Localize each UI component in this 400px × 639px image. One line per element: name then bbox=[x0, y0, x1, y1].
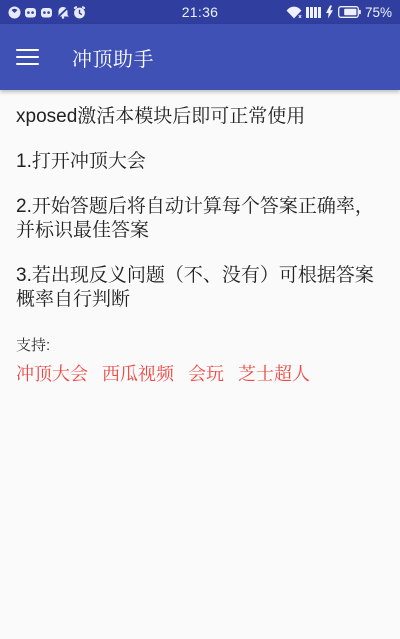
signal-bars-icon bbox=[306, 6, 321, 18]
step-2-text: 2.开始答题后将自动计算每个答案正确率，并标识最佳答案 bbox=[16, 195, 384, 243]
app-title: 冲顶助手 bbox=[72, 43, 154, 72]
link-xigua-video[interactable]: 西瓜视频 bbox=[102, 363, 174, 385]
charging-icon bbox=[325, 5, 334, 19]
supported-apps-list: 冲顶大会 西瓜视频 会玩 芝士超人 bbox=[16, 363, 384, 385]
battery-percent: 75% bbox=[365, 5, 392, 20]
wifi-icon bbox=[286, 6, 302, 19]
app-bar: 冲顶助手 bbox=[0, 24, 400, 90]
link-chongding-dahui[interactable]: 冲顶大会 bbox=[16, 363, 88, 385]
intro-text: xposed激活本模块后即可正常使用 bbox=[16, 105, 384, 129]
status-system-icons: 75% bbox=[286, 5, 392, 20]
circle-app-icon bbox=[8, 6, 21, 19]
support-label: 支持: bbox=[16, 336, 384, 355]
app-screen: 21:36 bbox=[0, 0, 400, 639]
step-3-text: 3.若出现反义问题（不、没有）可根据答案概率自行判断 bbox=[16, 264, 384, 312]
battery-icon bbox=[338, 6, 361, 18]
app-notification-icon bbox=[24, 6, 37, 19]
link-huiwan[interactable]: 会玩 bbox=[188, 363, 224, 385]
alarm-icon bbox=[73, 6, 86, 19]
notifications-muted-icon bbox=[56, 6, 70, 19]
link-zhishi-chaoren[interactable]: 芝士超人 bbox=[238, 363, 310, 385]
instructions-content: xposed激活本模块后即可正常使用 1.打开冲顶大会 2.开始答题后将自动计算… bbox=[0, 90, 400, 385]
status-bar: 21:36 bbox=[0, 0, 400, 24]
app-notification-icon bbox=[40, 6, 53, 19]
step-1-text: 1.打开冲顶大会 bbox=[16, 150, 384, 174]
hamburger-menu-icon[interactable] bbox=[16, 49, 39, 66]
status-notification-icons bbox=[8, 6, 86, 19]
